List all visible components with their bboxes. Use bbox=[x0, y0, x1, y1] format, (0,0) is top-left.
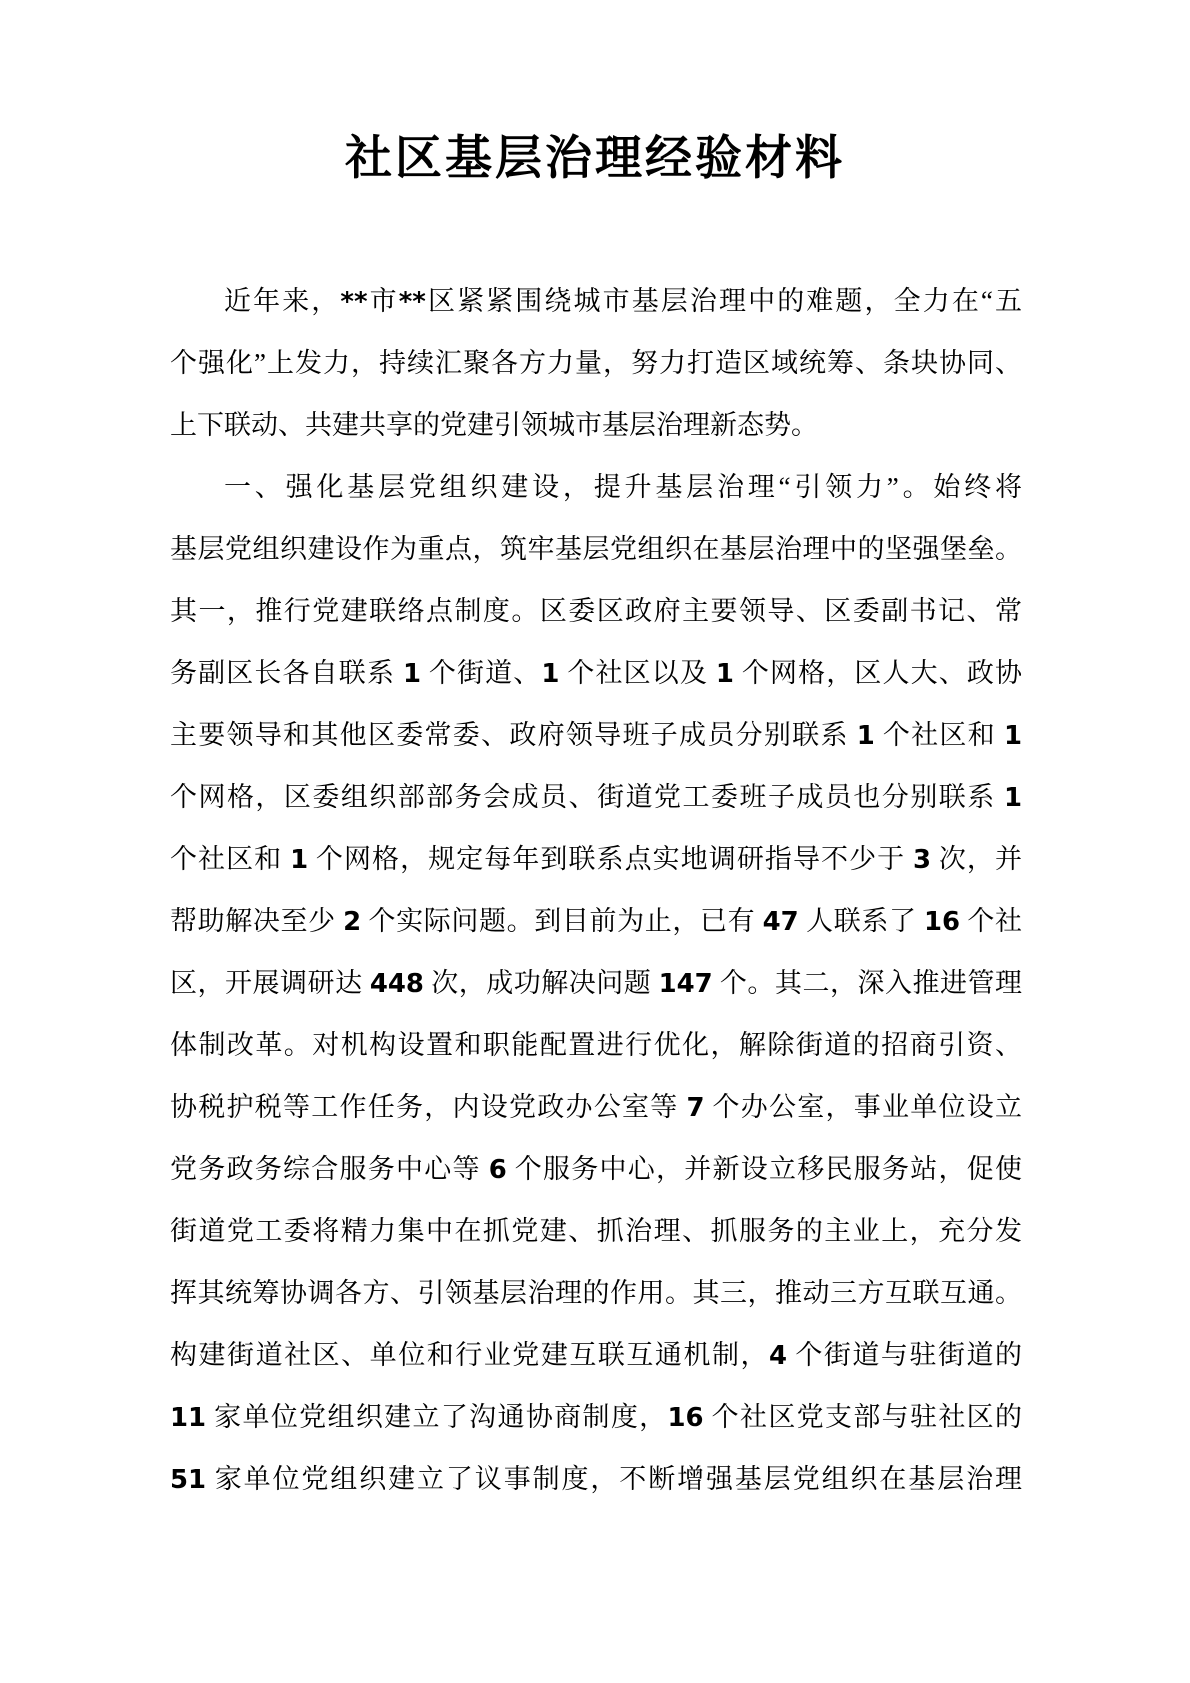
numeric-text: 51 bbox=[170, 1465, 206, 1495]
text-line: 区，开展调研达 448 次，成功解决问题 147 个。其二，深入推进管理 bbox=[170, 952, 1022, 1014]
text-line: 个社区和 1 个网格，规定每年到联系点实地调研指导不少于 3 次，并 bbox=[170, 828, 1022, 890]
numeric-text: 1 bbox=[541, 659, 559, 689]
numeric-text: 1 bbox=[857, 721, 875, 751]
text-line: 构建街道社区、单位和行业党建互联互通机制，4 个街道与驻街道的 bbox=[170, 1324, 1022, 1386]
numeric-text: ** bbox=[340, 287, 367, 317]
text-line: 一、强化基层党组织建设，提升基层治理“引领力”。始终将 bbox=[170, 456, 1022, 518]
document-title: 社区基层治理经验材料 bbox=[0, 128, 1190, 188]
numeric-text: 1 bbox=[1004, 721, 1022, 751]
text-line: 主要领导和其他区委常委、政府领导班子成员分别联系 1 个社区和 1 bbox=[170, 704, 1022, 766]
numeric-text: 16 bbox=[924, 907, 960, 937]
numeric-text: 6 bbox=[489, 1155, 507, 1185]
text-line: 协税护税等工作任务，内设党政办公室等 7 个办公室，事业单位设立 bbox=[170, 1076, 1022, 1138]
numeric-text: ** bbox=[399, 287, 426, 317]
text-line: 个网格，区委组织部部务会成员、街道党工委班子成员也分别联系 1 bbox=[170, 766, 1022, 828]
numeric-text: 4 bbox=[769, 1341, 787, 1371]
numeric-text: 2 bbox=[343, 907, 361, 937]
text-line: 务副区长各自联系 1 个街道、1 个社区以及 1 个网格，区人大、政协 bbox=[170, 642, 1022, 704]
text-line: 其一，推行党建联络点制度。区委区政府主要领导、区委副书记、常 bbox=[170, 580, 1022, 642]
text-line: 51 家单位党组织建立了议事制度，不断增强基层党组织在基层治理 bbox=[170, 1448, 1022, 1510]
text-line: 党务政务综合服务中心等 6 个服务中心，并新设立移民服务站，促使 bbox=[170, 1138, 1022, 1200]
text-line: 11 家单位党组织建立了沟通协商制度，16 个社区党支部与驻社区的 bbox=[170, 1386, 1022, 1448]
text-line: 挥其统筹协调各方、引领基层治理的作用。其三，推动三方互联互通。 bbox=[170, 1262, 1022, 1324]
text-line: 街道党工委将精力集中在抓党建、抓治理、抓服务的主业上，充分发 bbox=[170, 1200, 1022, 1262]
text-line: 帮助解决至少 2 个实际问题。到目前为止，已有 47 人联系了 16 个社 bbox=[170, 890, 1022, 952]
numeric-text: 448 bbox=[370, 969, 424, 999]
text-line: 近年来，**市**区紧紧围绕城市基层治理中的难题，全力在“五 bbox=[170, 270, 1022, 332]
text-line: 个强化”上发力，持续汇聚各方力量，努力打造区域统筹、条块协同、 bbox=[170, 332, 1022, 394]
document-body: 近年来，**市**区紧紧围绕城市基层治理中的难题，全力在“五个强化”上发力，持续… bbox=[170, 270, 1022, 1510]
text-line: 基层党组织建设作为重点，筑牢基层党组织在基层治理中的坚强堡垒。 bbox=[170, 518, 1022, 580]
paragraph: 一、强化基层党组织建设，提升基层治理“引领力”。始终将基层党组织建设作为重点，筑… bbox=[170, 456, 1022, 1510]
document-page: 社区基层治理经验材料 近年来，**市**区紧紧围绕城市基层治理中的难题，全力在“… bbox=[0, 0, 1190, 1683]
numeric-text: 47 bbox=[763, 907, 799, 937]
numeric-text: 7 bbox=[686, 1093, 704, 1123]
numeric-text: 11 bbox=[170, 1403, 206, 1433]
text-line: 上下联动、共建共享的党建引领城市基层治理新态势。 bbox=[170, 394, 1022, 456]
text-line: 体制改革。对机构设置和职能配置进行优化，解除街道的招商引资、 bbox=[170, 1014, 1022, 1076]
paragraph: 近年来，**市**区紧紧围绕城市基层治理中的难题，全力在“五个强化”上发力，持续… bbox=[170, 270, 1022, 456]
numeric-text: 147 bbox=[659, 969, 713, 999]
numeric-text: 3 bbox=[913, 845, 931, 875]
numeric-text: 1 bbox=[290, 845, 308, 875]
numeric-text: 16 bbox=[668, 1403, 704, 1433]
numeric-text: 1 bbox=[403, 659, 421, 689]
numeric-text: 1 bbox=[1004, 783, 1022, 813]
numeric-text: 1 bbox=[716, 659, 734, 689]
